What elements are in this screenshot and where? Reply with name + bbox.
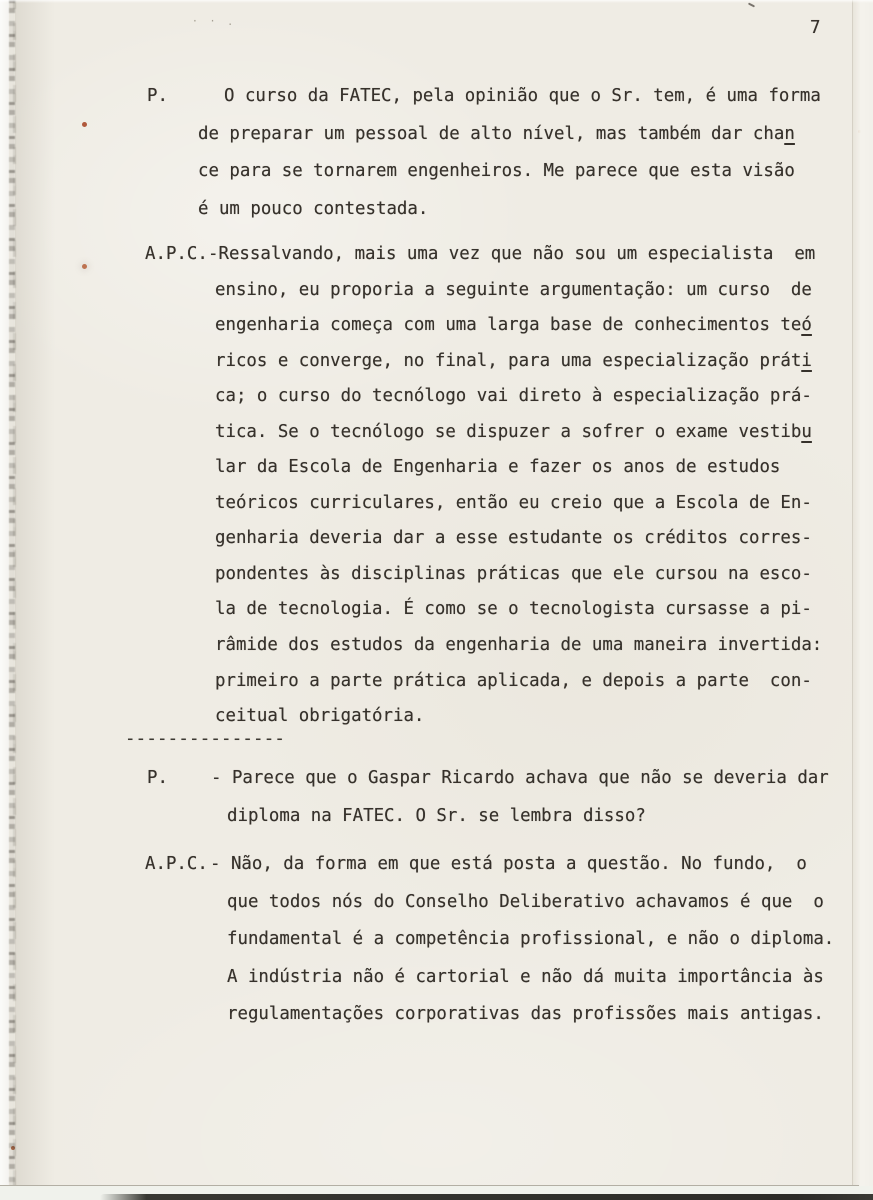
scan-speck <box>82 122 87 127</box>
speaker-label: P. <box>147 760 168 798</box>
text-line: teóricos curriculares, então eu creio qu… <box>215 486 873 522</box>
text-line: é um pouco contestada. <box>198 191 873 229</box>
syllable-break-underline: ó <box>801 315 811 335</box>
text-line: râmide dos estudos da engenharia de uma … <box>215 628 873 664</box>
text-line: ceitual obrigatória. <box>215 699 873 735</box>
text-line: fundamental é a competência profissional… <box>227 921 873 959</box>
document-page: · · . 7 P.O curso da FATEC, pela opinião… <box>0 0 873 1200</box>
speaker-label: P. <box>147 78 168 116</box>
scan-edge-binding-inner <box>13 0 16 1200</box>
stray-mark <box>748 2 755 7</box>
text-line: O curso da FATEC, pela opinião que o Sr.… <box>224 78 873 116</box>
syllable-break-underline: u <box>801 422 811 442</box>
text-line: pondentes às disciplinas práticas que el… <box>215 557 873 593</box>
text-line: ca; o curso do tecnólogo vai direto à es… <box>215 379 873 415</box>
syllable-break-underline: n <box>784 124 794 144</box>
text-line: engenharia começa com uma larga base de … <box>215 308 873 344</box>
text-line: la de tecnologia. É como se o tecnologis… <box>215 592 873 628</box>
scan-edge-top <box>0 0 873 3</box>
text-line: A indústria não é cartorial e não dá mui… <box>227 959 873 997</box>
text-line: primeiro a parte prática aplicada, e dep… <box>215 664 873 700</box>
page-number: 7 <box>810 16 820 40</box>
separator-dashes: --------------- <box>125 727 285 751</box>
text-line: -Ressalvando, mais uma vez que não sou u… <box>208 237 873 273</box>
speaker-label: A.P.C. <box>145 237 208 273</box>
text-line: de preparar um pessoal de alto nível, ma… <box>198 116 873 154</box>
text-line: - Parece que o Gaspar Ricardo achava que… <box>211 760 873 798</box>
scan-edge-bottom-shadow <box>100 1194 873 1200</box>
dialogue-paragraph: P.- Parece que o Gaspar Ricardo achava q… <box>0 760 873 835</box>
text-line: lar da Escola de Engenharia e fazer os a… <box>215 450 873 486</box>
dialogue-paragraph: P.O curso da FATEC, pela opinião que o S… <box>0 78 873 228</box>
text-line: ensino, eu proporia a seguinte argumenta… <box>215 273 873 309</box>
scan-edge-left <box>0 0 9 1200</box>
text-line: diploma na FATEC. O Sr. se lembra disso? <box>227 798 873 836</box>
text-line: - Não, da forma em que está posta a ques… <box>210 846 873 884</box>
dialogue-paragraph: A.P.C.-Ressalvando, mais uma vez que não… <box>0 237 873 735</box>
scan-edge-right <box>852 0 873 1200</box>
dialogue-paragraph: A.P.C.- Não, da forma em que está posta … <box>0 846 873 1034</box>
text-line: ce para se tornarem engenheiros. Me pare… <box>198 153 873 191</box>
speaker-label: A.P.C. <box>145 846 208 884</box>
text-line: ricos e converge, no final, para uma esp… <box>215 344 873 380</box>
text-line: que todos nós do Conselho Deliberativo a… <box>227 884 873 922</box>
scan-speck <box>82 264 87 269</box>
text-line: genharia deveria dar a esse estudante os… <box>215 521 873 557</box>
text-line: regulamentações corporativas das profiss… <box>227 996 873 1034</box>
text-line: tica. Se o tecnólogo se dispuzer a sofre… <box>215 415 873 451</box>
syllable-break-underline: i <box>801 351 811 371</box>
stray-dots: · · . <box>193 14 237 28</box>
